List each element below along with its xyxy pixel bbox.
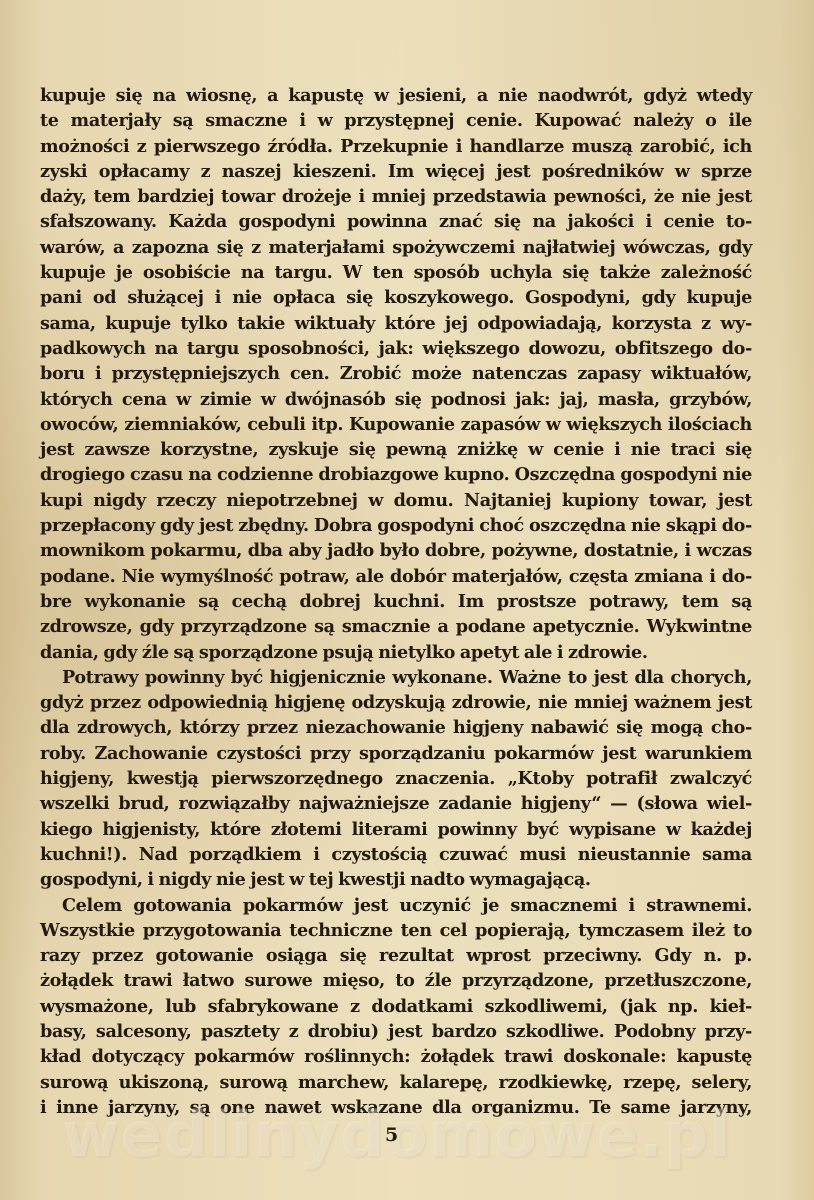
text-line: jest zawsze korzystne, zyskuje się pewną… [40,437,752,462]
text-line: których cena w zimie w dwójnasób się pod… [40,387,752,412]
text-line: razy przez gotowanie osiąga się rezultat… [40,943,752,968]
text-line: żołądek trawi łatwo surowe mięso, to źle… [40,968,752,993]
text-line: dla zdrowych, którzy przez niezachowanie… [40,715,752,740]
paragraph-first-line: Celem gotowania pokarmów jest uczynić je… [40,893,752,918]
text-line: basy, salcesony, pasztety z drobiu) jest… [40,1019,752,1044]
text-line: sama, kupuje tylko takie wiktuały które … [40,311,752,336]
text-line: sfałszowany. Każda gospodyni powinna zna… [40,209,752,234]
text-line: wszelki brud, rozwiązałby najważniejsze … [40,791,752,816]
text-line: kład dotyczący pokarmów roślinnych: żołą… [40,1044,752,1069]
text-line: gospodyni, i nigdy nie jest w tej kwestj… [40,867,752,892]
text-line: roby. Zachowanie czystości przy sporządz… [40,741,752,766]
text-line: te materjały są smaczne i w przystępnej … [40,108,752,133]
text-line: surową ukiszoną, surową marchew, kalarep… [40,1070,752,1095]
text-line: zdrowsze, gdy przyrządzone są smacznie a… [40,614,752,639]
text-line: gdyż przez odpowiednią higjenę odzyskują… [40,690,752,715]
text-line: kuchni!). Nad porządkiem i czystością cz… [40,842,752,867]
text-line: kupuje je osobiście na targu. W ten spos… [40,260,752,285]
text-line: podane. Nie wymyślność potraw, ale dobór… [40,564,752,589]
text-line: i inne jarzyny, są one nawet wskazane dl… [40,1095,752,1120]
text-line: warów, a zapozna się z materjałami spoży… [40,235,752,260]
page-number: 5 [385,1124,398,1146]
text-line: wysmażone, lub sfabrykowane z dodatkami … [40,994,752,1019]
text-line: bre wykonanie są cechą dobrej kuchni. Im… [40,589,752,614]
text-line: przepłacony gdy jest zbędny. Dobra gospo… [40,513,752,538]
text-line: zyski opłacamy z naszej kieszeni. Im wię… [40,159,752,184]
text-line: padkowych na targu sposobności, jak: wię… [40,336,752,361]
text-line: boru i przystępniejszych cen. Zrobić moż… [40,361,752,386]
text-line: drogiego czasu na codzienne drobiazgowe … [40,462,752,487]
text-line: kupuje się na wiosnę, a kapustę w jesien… [40,83,752,108]
text-line: Wszystkie przygotowania techniczne ten c… [40,918,752,943]
text-line: kiego higjenisty, które złotemi literami… [40,817,752,842]
text-line: owoców, ziemniaków, cebuli itp. Kupowani… [40,412,752,437]
paragraph-first-line: Potrawy powinny być higjenicznie wykonan… [40,665,752,690]
page-body: kupuje się na wiosnę, a kapustę w jesien… [40,83,752,1120]
text-line: pani od służącej i nie opłaca się koszyk… [40,285,752,310]
text-line: daży, tem bardziej towar drożeje i mniej… [40,184,752,209]
text-line: kupi nigdy rzeczy niepotrzebnej w domu. … [40,488,752,513]
text-line: higjeny, kwestją pierwszorzędnego znacze… [40,766,752,791]
text-line: możności z pierwszego źródła. Przekupnie… [40,134,752,159]
text-line: dania, gdy źle są sporządzone psują niet… [40,640,752,665]
text-line: mownikom pokarmu, dba aby jadło było dob… [40,538,752,563]
